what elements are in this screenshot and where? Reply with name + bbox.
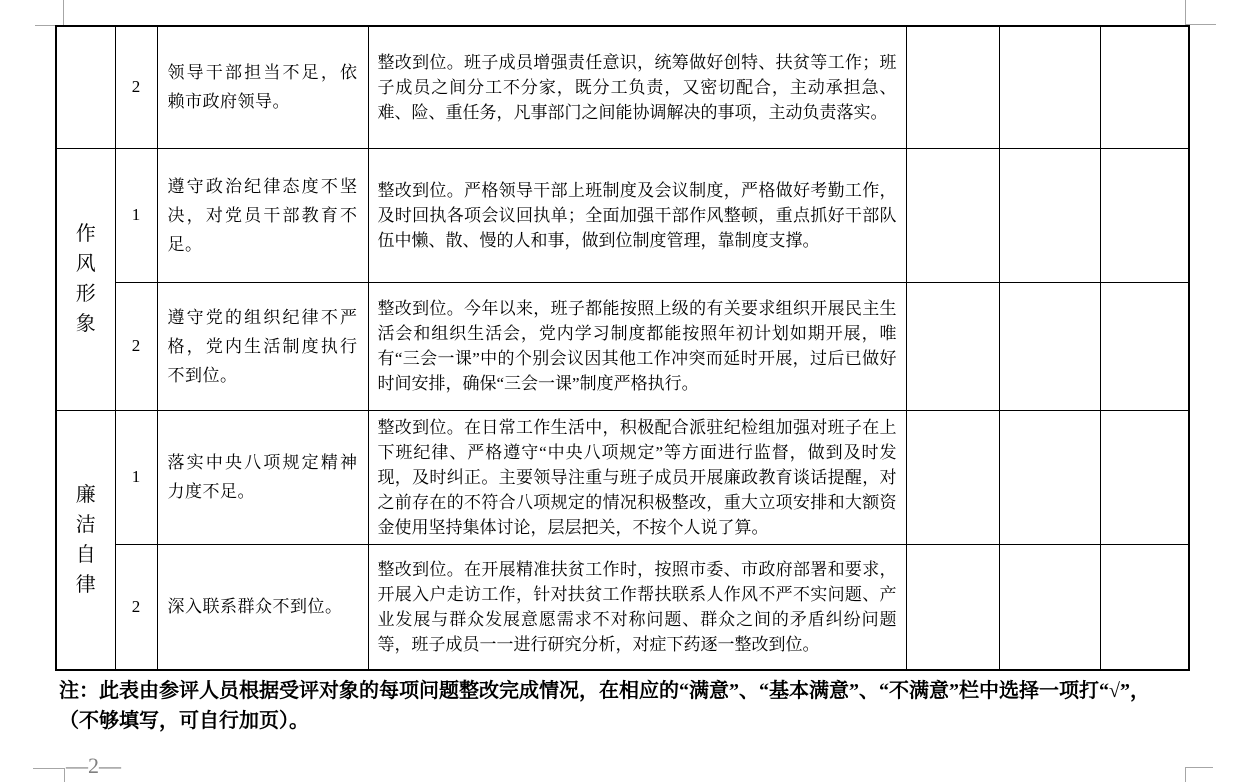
table-row: 2 遵守党的组织纪律不严格，党内生活制度执行不到位。 整改到位。今年以来，班子都… xyxy=(56,282,1189,410)
basically-satisfied-cell[interactable] xyxy=(999,410,1100,544)
text-boundary-mark-top-left-v xyxy=(63,0,64,25)
basically-satisfied-cell[interactable] xyxy=(999,282,1100,410)
item-number-cell: 2 xyxy=(115,26,157,148)
rectification-cell: 整改到位。班子成员增强责任意识，统筹做好创特、扶贫等工作；班子成员之间分工不分家… xyxy=(368,26,906,148)
category-cell-work-style: 作风形象 xyxy=(56,148,115,410)
satisfied-cell[interactable] xyxy=(906,410,999,544)
page-number: —2— xyxy=(66,753,121,779)
table-row: 2 领导干部担当不足，依赖市政府领导。 整改到位。班子成员增强责任意识，统筹做好… xyxy=(56,26,1189,148)
rectification-cell: 整改到位。在开展精准扶贫工作时，按照市委、市政府部署和要求，开展入户走访工作，针… xyxy=(368,544,906,670)
basically-satisfied-cell[interactable] xyxy=(999,544,1100,670)
not-satisfied-cell[interactable] xyxy=(1100,148,1189,282)
problem-cell: 遵守党的组织纪律不严格，党内生活制度执行不到位。 xyxy=(157,282,368,410)
rectification-cell: 整改到位。今年以来，班子都能按照上级的有关要求组织开展民主生活会和组织生活会，党… xyxy=(368,282,906,410)
item-number-cell: 2 xyxy=(115,544,157,670)
problem-cell: 深入联系群众不到位。 xyxy=(157,544,368,670)
rectification-cell: 整改到位。严格领导干部上班制度及会议制度，严格做好考勤工作，及时回执各项会议回执… xyxy=(368,148,906,282)
text-boundary-mark-bottom-right-v xyxy=(1185,767,1186,782)
problem-cell: 领导干部担当不足，依赖市政府领导。 xyxy=(157,26,368,148)
text-boundary-mark-bottom-right-h xyxy=(1185,767,1213,768)
not-satisfied-cell[interactable] xyxy=(1100,26,1189,148)
table-row: 2 深入联系群众不到位。 整改到位。在开展精准扶贫工作时，按照市委、市政府部署和… xyxy=(56,544,1189,670)
not-satisfied-cell[interactable] xyxy=(1100,282,1189,410)
satisfied-cell[interactable] xyxy=(906,148,999,282)
not-satisfied-cell[interactable] xyxy=(1100,544,1189,670)
basically-satisfied-cell[interactable] xyxy=(999,148,1100,282)
item-number-cell: 1 xyxy=(115,148,157,282)
satisfied-cell[interactable] xyxy=(906,544,999,670)
item-number-cell: 2 xyxy=(115,282,157,410)
text-boundary-mark-top-right-v xyxy=(1185,0,1186,24)
satisfied-cell[interactable] xyxy=(906,282,999,410)
problem-cell: 落实中央八项规定精神力度不足。 xyxy=(157,410,368,544)
text-boundary-mark-bottom-left-v xyxy=(64,768,65,782)
document-page: 2 领导干部担当不足，依赖市政府领导。 整改到位。班子成员增强责任意识，统筹做好… xyxy=(0,0,1249,782)
not-satisfied-cell[interactable] xyxy=(1100,410,1189,544)
basically-satisfied-cell[interactable] xyxy=(999,26,1100,148)
table-row: 作风形象 1 遵守政治纪律态度不坚决，对党员干部教育不足。 整改到位。严格领导干… xyxy=(56,148,1189,282)
note-text-line2: （不够填写，可自行加页）。 xyxy=(59,706,309,736)
category-cell-continued xyxy=(56,26,115,148)
table-row: 廉洁自律 1 落实中央八项规定精神力度不足。 整改到位。在日常工作生活中，积极配… xyxy=(56,410,1189,544)
text-boundary-mark-bottom-left-h xyxy=(33,768,65,769)
rectification-cell: 整改到位。在日常工作生活中，积极配合派驻纪检组加强对班子在上下班纪律、严格遵守“… xyxy=(368,410,906,544)
rectification-table: 2 领导干部担当不足，依赖市政府领导。 整改到位。班子成员增强责任意识，统筹做好… xyxy=(55,25,1190,671)
category-cell-integrity: 廉洁自律 xyxy=(56,410,115,670)
satisfied-cell[interactable] xyxy=(906,26,999,148)
note-text-line1: 注：此表由参评人员根据受评对象的每项问题整改完成情况，在相应的“满意”、“基本满… xyxy=(59,676,1150,706)
problem-cell: 遵守政治纪律态度不坚决，对党员干部教育不足。 xyxy=(157,148,368,282)
item-number-cell: 1 xyxy=(115,410,157,544)
